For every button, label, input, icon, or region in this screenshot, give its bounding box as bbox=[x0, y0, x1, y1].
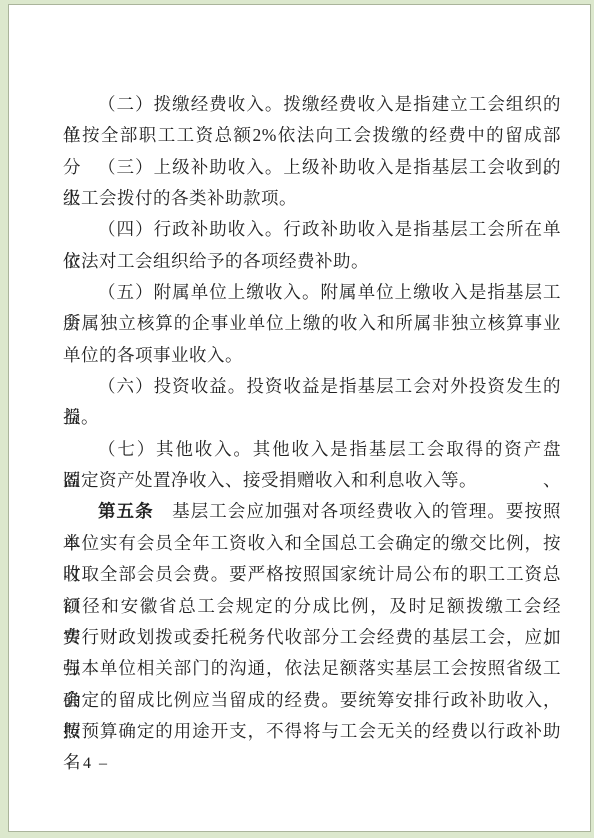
doc-line: （五）附属单位上缴收入。附属单位上缴收入是指基层工会 bbox=[63, 277, 561, 308]
document-page: { "colors": { "background": "#dce8cd", "… bbox=[0, 0, 594, 838]
text-block: （二）拨缴经费收入。拨缴经费收入是指建立工会组织的单 位按全部职工工资总额2%依… bbox=[63, 89, 561, 747]
doc-line: 级工会拨付的各类补助款项。 bbox=[63, 183, 561, 214]
doc-line: （三）上级补助收入。上级补助收入是指基层工会收到的上 bbox=[63, 152, 561, 183]
doc-line: 与本单位相关部门的沟通，依法足额落实基层工会按照省级工会 bbox=[63, 653, 561, 684]
page-paper: （二）拨缴经费收入。拨缴经费收入是指建立工会组织的单 位按全部职工工资总额2%依… bbox=[8, 4, 591, 832]
doc-line: （七）其他收入。其他收入是指基层工会取得的资产盘盈、 bbox=[63, 434, 561, 465]
doc-line: 照预算确定的用途开支，不得将与工会无关的经费以行政补助名 bbox=[63, 716, 561, 747]
doc-line: 单位的各项事业收入。 bbox=[63, 340, 561, 371]
doc-line: 依法对工会组织给予的各项经费补助。 bbox=[63, 246, 561, 277]
doc-line: （六）投资收益。投资收益是指基层工会对外投资发生的损 bbox=[63, 371, 561, 402]
doc-line: 收取全部会员会费。要严格按照国家统计局公布的职工工资总额 bbox=[63, 559, 561, 590]
doc-line: 口径和安徽省总工会规定的分成比例，及时足额拨缴工会经费； bbox=[63, 591, 561, 622]
doc-line: （四）行政补助收入。行政补助收入是指基层工会所在单位 bbox=[63, 214, 561, 245]
article-number: 第五条 bbox=[98, 501, 154, 521]
doc-line-article-five: 第五条 基层工会应加强对各项经费收入的管理。要按照本 bbox=[63, 496, 561, 527]
doc-line: 单位实有会员全年工资收入和全国总工会确定的缴交比例，按时 bbox=[63, 528, 561, 559]
doc-line: 益。 bbox=[63, 402, 561, 433]
page-number: – 4 – bbox=[67, 755, 109, 773]
doc-line: 确定的留成比例应当留成的经费。要统筹安排行政补助收入，按 bbox=[63, 685, 561, 716]
doc-line: 位按全部职工工资总额2%依法向工会拨缴的经费中的留成部分。 bbox=[63, 120, 561, 151]
doc-line: 所属独立核算的企事业单位上缴的收入和所属非独立核算事业 bbox=[63, 308, 561, 339]
doc-line: 实行财政划拨或委托税务代收部分工会经费的基层工会，应加强 bbox=[63, 622, 561, 653]
doc-line: （二）拨缴经费收入。拨缴经费收入是指建立工会组织的单 bbox=[63, 89, 561, 120]
